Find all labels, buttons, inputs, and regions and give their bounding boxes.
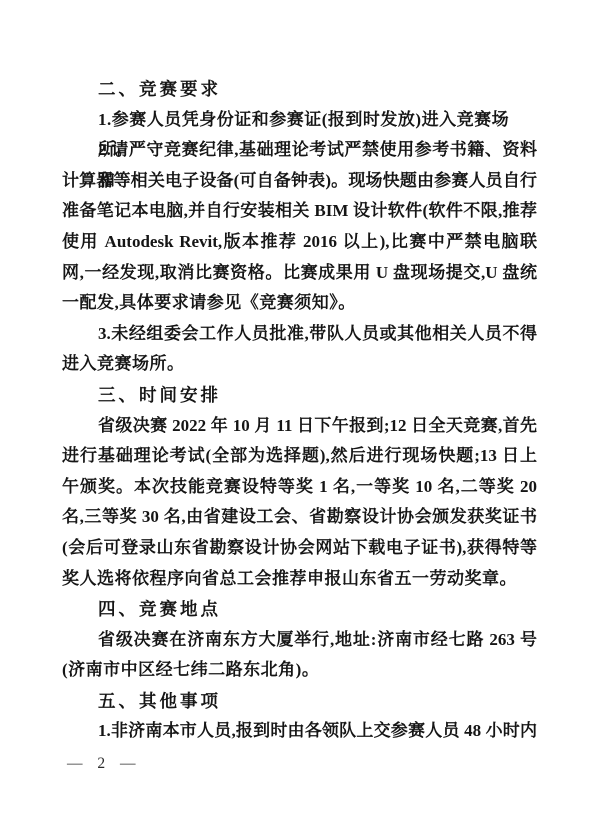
- text-line: 使用 Autodesk Revit,版本推荐 2016 以上),比赛中严禁电脑联: [62, 227, 537, 258]
- text-line: 进入竞赛场所。: [62, 349, 537, 380]
- text-line: 午颁奖。本次技能竞赛设特等奖 1 名,一等奖 10 名,二等奖 20: [62, 472, 537, 503]
- section-heading: 三、时间安排: [62, 380, 537, 411]
- text-line: 名,三等奖 30 名,由省建设工会、省勘察设计协会颁发获奖证书: [62, 502, 537, 533]
- page-number: — 2 —: [67, 755, 138, 773]
- text-line: 准备笔记本电脑,并自行安装相关 BIM 设计软件(软件不限,推荐: [62, 196, 537, 227]
- text-line: 网,一经发现,取消比赛资格。比赛成果用 U 盘现场提交,U 盘统: [62, 258, 537, 289]
- text-line: (会后可登录山东省勘察设计协会网站下载电子证书),获得特等: [62, 533, 537, 564]
- text-line: 奖人选将依程序向省总工会推荐申报山东省五一劳动奖章。: [62, 564, 537, 595]
- text-line: 进行基础理论考试(全部为选择题),然后进行现场快题;13 日上: [62, 441, 537, 472]
- section-heading: 五、其他事项: [62, 686, 537, 717]
- section-heading: 二、竞赛要求: [62, 74, 537, 105]
- document-body: 二、竞赛要求1.参赛人员凭身份证和参赛证(报到时发放)进入竞赛场所。2.请严守竞…: [62, 74, 537, 747]
- text-line: 一配发,具体要求请参见《竞赛须知》。: [62, 288, 537, 319]
- document-page: 二、竞赛要求1.参赛人员凭身份证和参赛证(报到时发放)进入竞赛场所。2.请严守竞…: [0, 0, 597, 820]
- text-line: 省级决赛在济南东方大厦举行,地址:济南市经七路 263 号: [62, 625, 537, 656]
- text-line: 1.参赛人员凭身份证和参赛证(报到时发放)进入竞赛场所。: [62, 105, 537, 136]
- section-heading: 四、竞赛地点: [62, 594, 537, 625]
- text-line: 省级决赛 2022 年 10 月 11 日下午报到;12 日全天竞赛,首先: [62, 411, 537, 442]
- text-line: 3.未经组委会工作人员批准,带队人员或其他相关人员不得: [62, 319, 537, 350]
- text-line: 2.请严守竞赛纪律,基础理论考试严禁使用参考书籍、资料和: [62, 135, 537, 166]
- text-line: 1.非济南本市人员,报到时由各领队上交参赛人员 48 小时内: [62, 716, 537, 747]
- text-line: 计算器等相关电子设备(可自备钟表)。现场快题由参赛人员自行: [62, 166, 537, 197]
- text-line: (济南市中区经七纬二路东北角)。: [62, 655, 537, 686]
